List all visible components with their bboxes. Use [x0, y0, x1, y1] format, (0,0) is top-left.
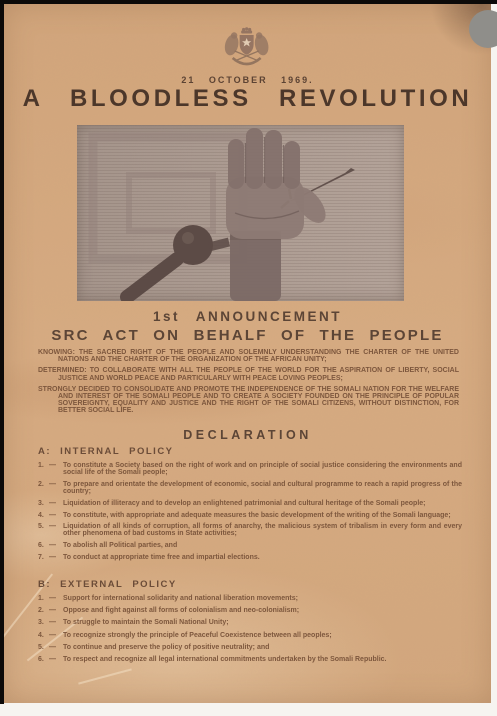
preamble-paragraph: STRONGLY DECIDED TO CONSOLIDATE AND PROM… [38, 386, 459, 415]
list-item: 6. — To abolish all Political parties, a… [38, 542, 462, 549]
date-line: 21 OCTOBER 1969. [4, 75, 491, 85]
list-item: 4. — To recognize strongly the principle… [38, 632, 462, 639]
list-item: 4. — To constitute, with appropriate and… [38, 512, 462, 519]
internal-policy-heading: A: INTERNAL POLICY [38, 446, 462, 457]
item-dash: — [49, 554, 63, 561]
list-item: 7. — To conduct at appropriate time free… [38, 554, 462, 561]
raised-hand-icon [77, 125, 404, 301]
list-item: 5. — Liquidation of all kinds of corrupt… [38, 523, 462, 537]
item-dash: — [49, 632, 63, 639]
item-number: 4. [38, 512, 49, 519]
poster-scan: 21 OCTOBER 1969. A BLOODLESS REVOLUTION [0, 0, 497, 716]
item-text: To continue and preserve the policy of p… [63, 644, 462, 651]
poster-title: A BLOODLESS REVOLUTION [4, 85, 491, 113]
declaration-heading: DECLARATION [4, 428, 491, 442]
poster-paper: 21 OCTOBER 1969. A BLOODLESS REVOLUTION [4, 4, 491, 703]
item-dash: — [49, 607, 63, 614]
item-number: 7. [38, 554, 49, 561]
somali-coat-of-arms-icon [212, 27, 280, 71]
item-dash: — [49, 481, 63, 495]
list-item: 1. — To constitute a Society based on th… [38, 462, 462, 476]
list-item: 2. — Oppose and fight against all forms … [38, 607, 462, 614]
preamble-paragraph: KNOWING: THE SACRED RIGHT OF THE PEOPLE … [38, 349, 459, 363]
item-dash: — [49, 644, 63, 651]
list-item: 6. — To respect and recognize all legal … [38, 656, 462, 663]
list-item: 2. — To prepare and orientate the develo… [38, 481, 462, 495]
item-dash: — [49, 656, 63, 663]
list-item: 1. — Support for international solidarit… [38, 595, 462, 602]
external-policy-section: B: EXTERNAL POLICY 1. — Support for inte… [38, 579, 462, 668]
announcement-line-2: SRC ACT ON BEHALF OF THE PEOPLE [4, 327, 491, 344]
raised-hand-photo [77, 125, 404, 301]
item-number: 5. [38, 523, 49, 537]
announcement-line-1: 1st ANNOUNCEMENT [4, 309, 491, 324]
item-text: To respect and recognize all legal inter… [63, 656, 462, 663]
item-number: 2. [38, 481, 49, 495]
item-dash: — [49, 542, 63, 549]
external-policy-heading: B: EXTERNAL POLICY [38, 579, 462, 590]
internal-policy-section: A: INTERNAL POLICY 1. — To constitute a … [38, 446, 462, 566]
item-text: Oppose and fight against all forms of co… [63, 607, 462, 614]
list-item: 5. — To continue and preserve the policy… [38, 644, 462, 651]
item-text: To constitute a Society based on the rig… [63, 462, 462, 476]
item-text: To constitute, with appropriate and adeq… [63, 512, 462, 519]
item-number: 2. [38, 607, 49, 614]
item-text: To recognize strongly the principle of P… [63, 632, 462, 639]
item-text: Support for international solidarity and… [63, 595, 462, 602]
item-text: To prepare and orientate the development… [63, 481, 462, 495]
item-number: 3. [38, 619, 49, 626]
item-text: Liquidation of illiteracy and to develop… [63, 500, 462, 507]
item-dash: — [49, 595, 63, 602]
item-dash: — [49, 523, 63, 537]
list-item: 3. — To struggle to maintain the Somali … [38, 619, 462, 626]
item-number: 1. [38, 462, 49, 476]
announcement-block: 1st ANNOUNCEMENT SRC ACT ON BEHALF OF TH… [4, 309, 491, 344]
list-item: 3. — Liquidation of illiteracy and to de… [38, 500, 462, 507]
item-text: To conduct at appropriate time free and … [63, 554, 462, 561]
item-number: 4. [38, 632, 49, 639]
item-dash: — [49, 619, 63, 626]
item-number: 5. [38, 644, 49, 651]
preamble-paragraph: DETERMINED: TO COLLABORATE WITH ALL THE … [38, 367, 459, 381]
item-dash: — [49, 512, 63, 519]
item-text: To abolish all Political parties, and [63, 542, 462, 549]
item-text: Liquidation of all kinds of corruption, … [63, 523, 462, 537]
item-number: 3. [38, 500, 49, 507]
item-dash: — [49, 462, 63, 476]
preamble: KNOWING: THE SACRED RIGHT OF THE PEOPLE … [38, 349, 459, 419]
item-number: 6. [38, 542, 49, 549]
item-dash: — [49, 500, 63, 507]
item-text: To struggle to maintain the Somali Natio… [63, 619, 462, 626]
item-number: 1. [38, 595, 49, 602]
paper-crease [78, 668, 132, 684]
item-number: 6. [38, 656, 49, 663]
